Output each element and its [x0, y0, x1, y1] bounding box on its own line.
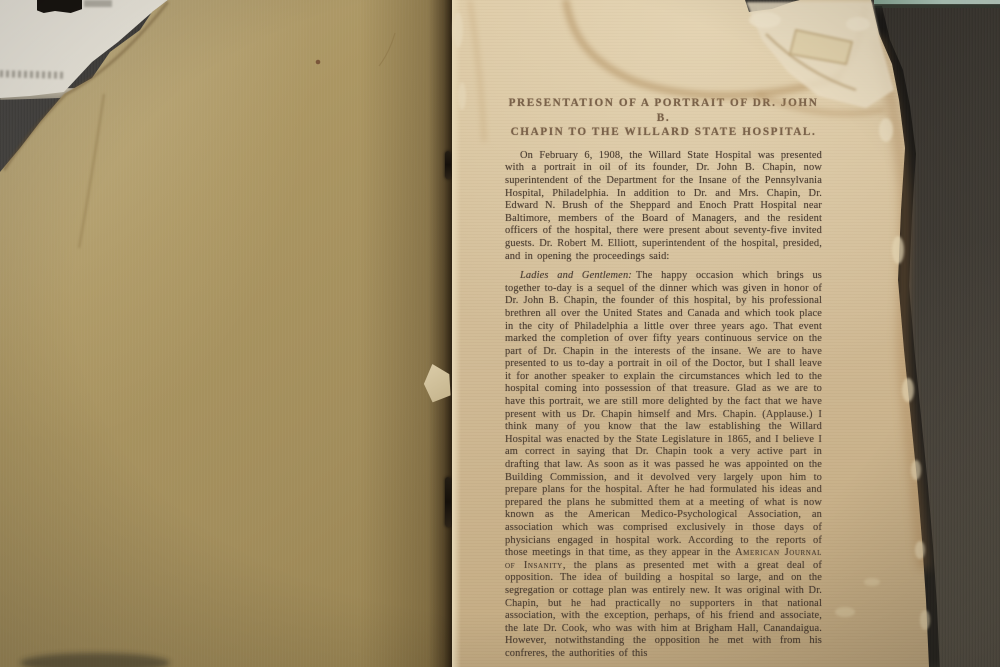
page-title-line1: PRESENTATION OF A PORTRAIT OF DR. JOHN B…: [509, 97, 819, 124]
right-page-inner-edge: [452, 0, 461, 667]
printed-photo-fragment-faded: [84, 0, 112, 7]
teal-object-shadow-line: [874, 4, 1000, 8]
page-title-line2: CHAPIN TO THE WILLARD STATE HOSPITAL.: [511, 126, 817, 138]
faint-print-line: [0, 70, 63, 79]
paragraph-2: Ladies and Gentlemen:The happy occasion …: [505, 270, 822, 660]
staple-top: [445, 151, 451, 179]
printed-text-block: PRESENTATION OF A PORTRAIT OF DR. JOHN B…: [505, 96, 822, 661]
staple-bottom: [445, 477, 451, 527]
left-page: [0, 0, 460, 667]
paragraph-1: On February 6, 1908, the Willard State H…: [505, 150, 822, 263]
page-title: PRESENTATION OF A PORTRAIT OF DR. JOHN B…: [505, 96, 822, 140]
photo-backdrop: PRESENTATION OF A PORTRAIT OF DR. JOHN B…: [0, 0, 1000, 667]
printed-photo-fragment: [37, 0, 82, 13]
speech-lead-in: Ladies and Gentlemen:: [520, 270, 632, 281]
speech-body-2: , the plans as presented met with a grea…: [505, 560, 822, 659]
speech-body-1: The happy occasion which brings us toget…: [505, 270, 822, 558]
page-gutter-shadow: [428, 0, 454, 667]
